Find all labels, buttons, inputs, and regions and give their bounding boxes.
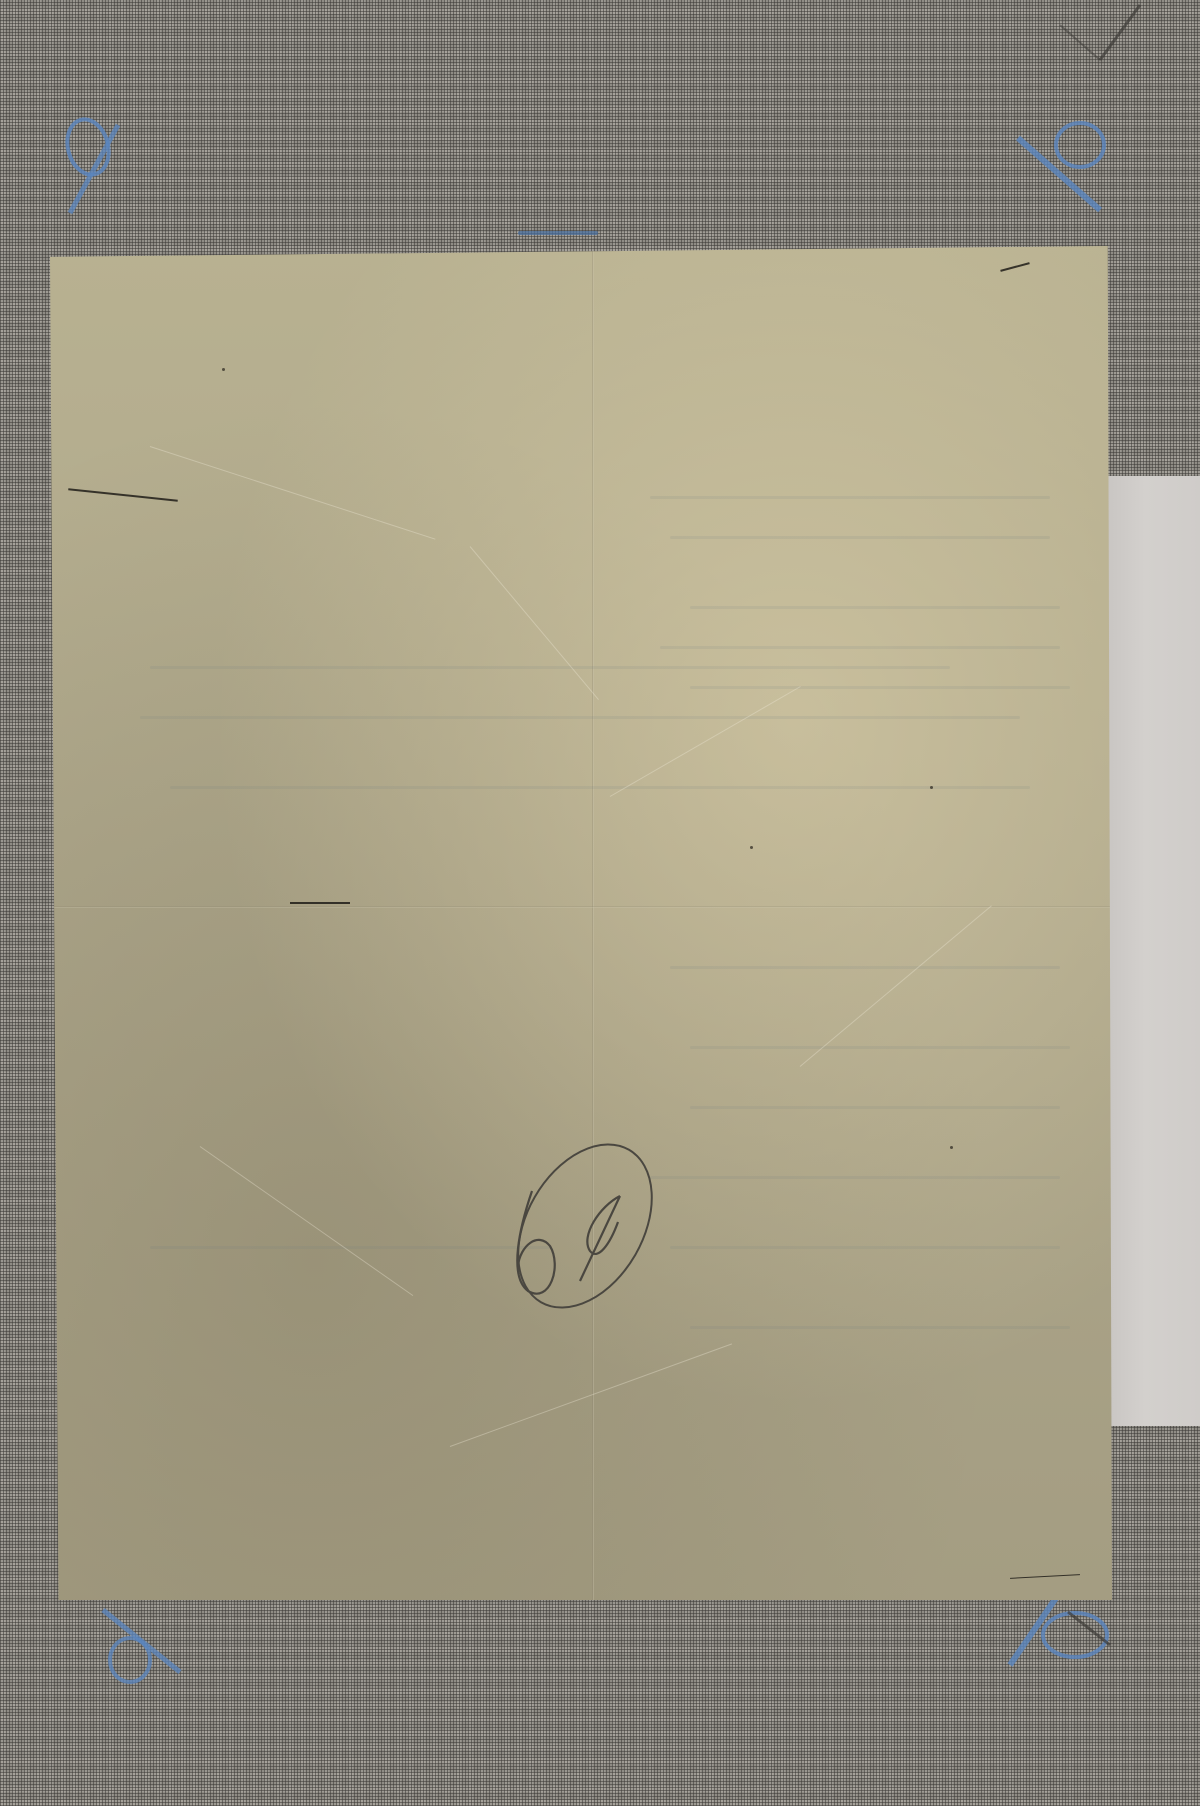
- circled-69-icon: [480, 1126, 680, 1326]
- blue-crayon-nine-icon: [1000, 1590, 1120, 1710]
- blue-crayon-nine-icon: [85, 1600, 205, 1720]
- bleed-through-line: [140, 716, 1020, 719]
- bleed-through-line: [670, 966, 1060, 969]
- manuscript-sheet: 69: [50, 246, 1112, 1600]
- paper-crease: [200, 1146, 414, 1296]
- corner-mark-bottom-left: [85, 1600, 205, 1720]
- backing-sheet: [1108, 476, 1200, 1426]
- bleed-through-line: [690, 606, 1060, 609]
- paper-crease: [610, 686, 801, 797]
- speck: [222, 368, 225, 371]
- tear-mark: [1000, 262, 1029, 272]
- bleed-through-line: [690, 1046, 1070, 1049]
- tear-mark: [1010, 1574, 1080, 1579]
- corner-mark-bottom-right: [1000, 1590, 1120, 1710]
- bleed-through-line: [650, 496, 1050, 499]
- vertical-fold: [592, 246, 594, 1600]
- pencil-check-icon: [1030, 0, 1150, 120]
- bleed-through-line: [690, 1326, 1070, 1329]
- bleed-through-line: [690, 686, 1070, 689]
- tear-mark: [68, 488, 178, 501]
- horizontal-fold: [50, 906, 1112, 908]
- blue-crayon-nine-icon: [40, 95, 160, 215]
- speck: [750, 846, 753, 849]
- bleed-through-line: [670, 536, 1050, 539]
- folio-number-annotation: 69: [480, 1126, 680, 1326]
- corner-mark-top-left: [40, 95, 160, 215]
- bleed-through-line: [170, 786, 1030, 789]
- bleed-through-line: [150, 666, 950, 669]
- speck: [930, 786, 933, 789]
- pencil-tick-top-right: [1030, 0, 1150, 120]
- paper-crease: [150, 446, 436, 540]
- paper-crease: [450, 1343, 732, 1447]
- bleed-through-line: [650, 1176, 1060, 1179]
- speck: [950, 1146, 953, 1149]
- paper-crease: [470, 546, 599, 700]
- bleed-through-line: [690, 1106, 1060, 1109]
- paper-crease: [800, 905, 992, 1066]
- tear-mark: [290, 902, 350, 904]
- blue-alignment-mark: [518, 231, 598, 235]
- bleed-through-line: [670, 1246, 1060, 1249]
- bleed-through-line: [660, 646, 1060, 649]
